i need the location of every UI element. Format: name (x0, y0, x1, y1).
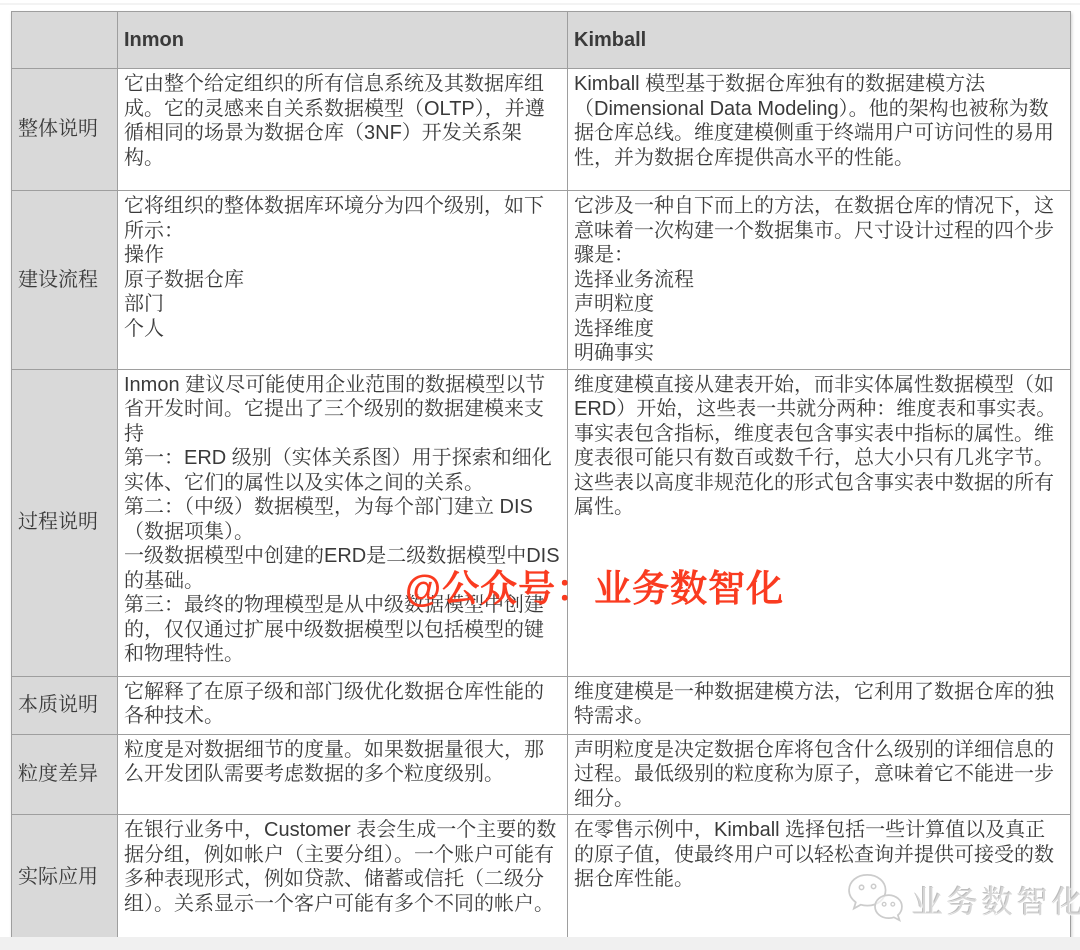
table-row: 实际应用 在银行业务中，Customer 表会生成一个主要的数据分组，例如帐户（… (12, 815, 1071, 941)
row-label: 建设流程 (12, 191, 118, 370)
table-row: 整体说明 它由整个给定组织的所有信息系统及其数据库组成。它的灵感来自关系数据模型… (12, 69, 1071, 191)
table-header-row: Inmon Kimball (12, 12, 1071, 69)
column-header-kimball: Kimball (568, 12, 1071, 69)
row-label: 实际应用 (12, 815, 118, 941)
inmon-cell: 它由整个给定组织的所有信息系统及其数据库组成。它的灵感来自关系数据模型（OLTP… (118, 69, 568, 191)
bottom-strip (0, 937, 1080, 950)
kimball-cell: Kimball 模型基于数据仓库独有的数据建模方法（Dimensional Da… (568, 69, 1071, 191)
table-row: 粒度差异 粒度是对数据细节的度量。如果数据量很大，那么开发团队需要考虑数据的多个… (12, 734, 1071, 815)
row-label: 本质说明 (12, 676, 118, 734)
table-row: 过程说明 Inmon 建议尽可能使用企业范围的数据模型以节省开发时间。它提出了三… (12, 369, 1071, 676)
inmon-cell: 它解释了在原子级和部门级优化数据仓库性能的各种技术。 (118, 676, 568, 734)
page: Inmon Kimball 整体说明 它由整个给定组织的所有信息系统及其数据库组… (0, 0, 1080, 950)
kimball-cell: 维度建模直接从建表开始，而非实体属性数据模型（如 ERD）开始，这些表一共就分两… (568, 369, 1071, 676)
table-row: 建设流程 它将组织的整体数据库环境分为四个级别，如下所示： 操作 原子数据仓库 … (12, 191, 1071, 370)
column-header-inmon: Inmon (118, 12, 568, 69)
top-divider (0, 3, 1080, 5)
kimball-cell: 声明粒度是决定数据仓库将包含什么级别的详细信息的过程。最低级别的粒度称为原子，意… (568, 734, 1071, 815)
row-label: 过程说明 (12, 369, 118, 676)
corner-header-cell (12, 12, 118, 69)
kimball-cell: 在零售示例中，Kimball 选择包括一些计算值以及真正的原子值，使最终用户可以… (568, 815, 1071, 941)
inmon-cell: 在银行业务中，Customer 表会生成一个主要的数据分组，例如帐户（主要分组）… (118, 815, 568, 941)
row-label: 粒度差异 (12, 734, 118, 815)
kimball-cell: 它涉及一种自下而上的方法，在数据仓库的情况下，这意味着一次构建一个数据集市。尺寸… (568, 191, 1071, 370)
comparison-table: Inmon Kimball 整体说明 它由整个给定组织的所有信息系统及其数据库组… (11, 11, 1071, 941)
inmon-cell: 它将组织的整体数据库环境分为四个级别，如下所示： 操作 原子数据仓库 部门 个人 (118, 191, 568, 370)
kimball-cell: 维度建模是一种数据建模方法，它利用了数据仓库的独特需求。 (568, 676, 1071, 734)
row-label: 整体说明 (12, 69, 118, 191)
inmon-cell: 粒度是对数据细节的度量。如果数据量很大，那么开发团队需要考虑数据的多个粒度级别。 (118, 734, 568, 815)
table-row: 本质说明 它解释了在原子级和部门级优化数据仓库性能的各种技术。 维度建模是一种数… (12, 676, 1071, 734)
inmon-cell: Inmon 建议尽可能使用企业范围的数据模型以节省开发时间。它提出了三个级别的数… (118, 369, 568, 676)
